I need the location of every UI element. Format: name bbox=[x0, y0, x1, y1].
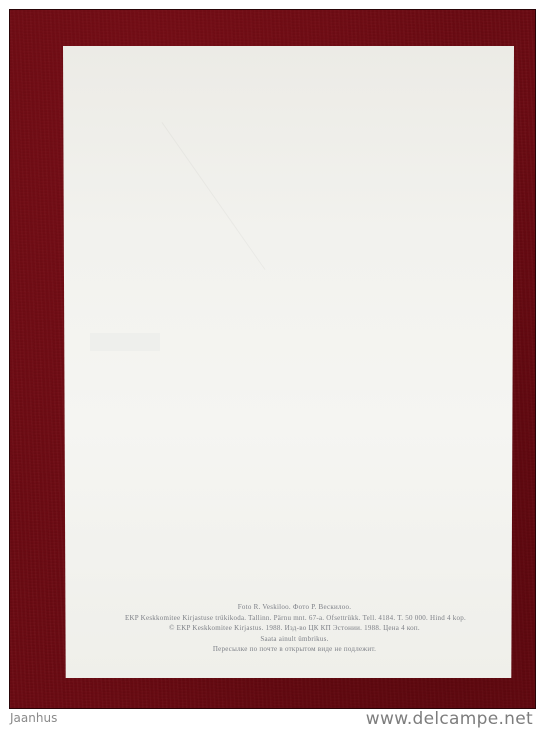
imprint-postal-note: Пересылке по почте в открытом виде не по… bbox=[63, 644, 514, 655]
imprint-printer: EKP Keskkomitee Kirjastuse trükikoda. Ta… bbox=[63, 613, 514, 624]
seller-watermark: Jaanhus bbox=[10, 711, 57, 725]
imprint-envelope-note: Saata ainult ümbrikus. bbox=[63, 634, 514, 645]
site-watermark: www.delcampe.net bbox=[366, 709, 533, 729]
paper-crease bbox=[161, 122, 265, 270]
postcard-back: Foto R. Veskiloo. Фото Р. Вескилоо. EKP … bbox=[63, 46, 514, 678]
paper-mark bbox=[90, 333, 160, 351]
imprint-copyright: © EKP Keskkomitee Kirjastus. 1988. Изд-в… bbox=[63, 623, 514, 634]
publisher-imprint: Foto R. Veskiloo. Фото Р. Вескилоо. EKP … bbox=[63, 602, 514, 655]
imprint-photo-credit: Foto R. Veskiloo. Фото Р. Вескилоо. bbox=[63, 602, 514, 613]
